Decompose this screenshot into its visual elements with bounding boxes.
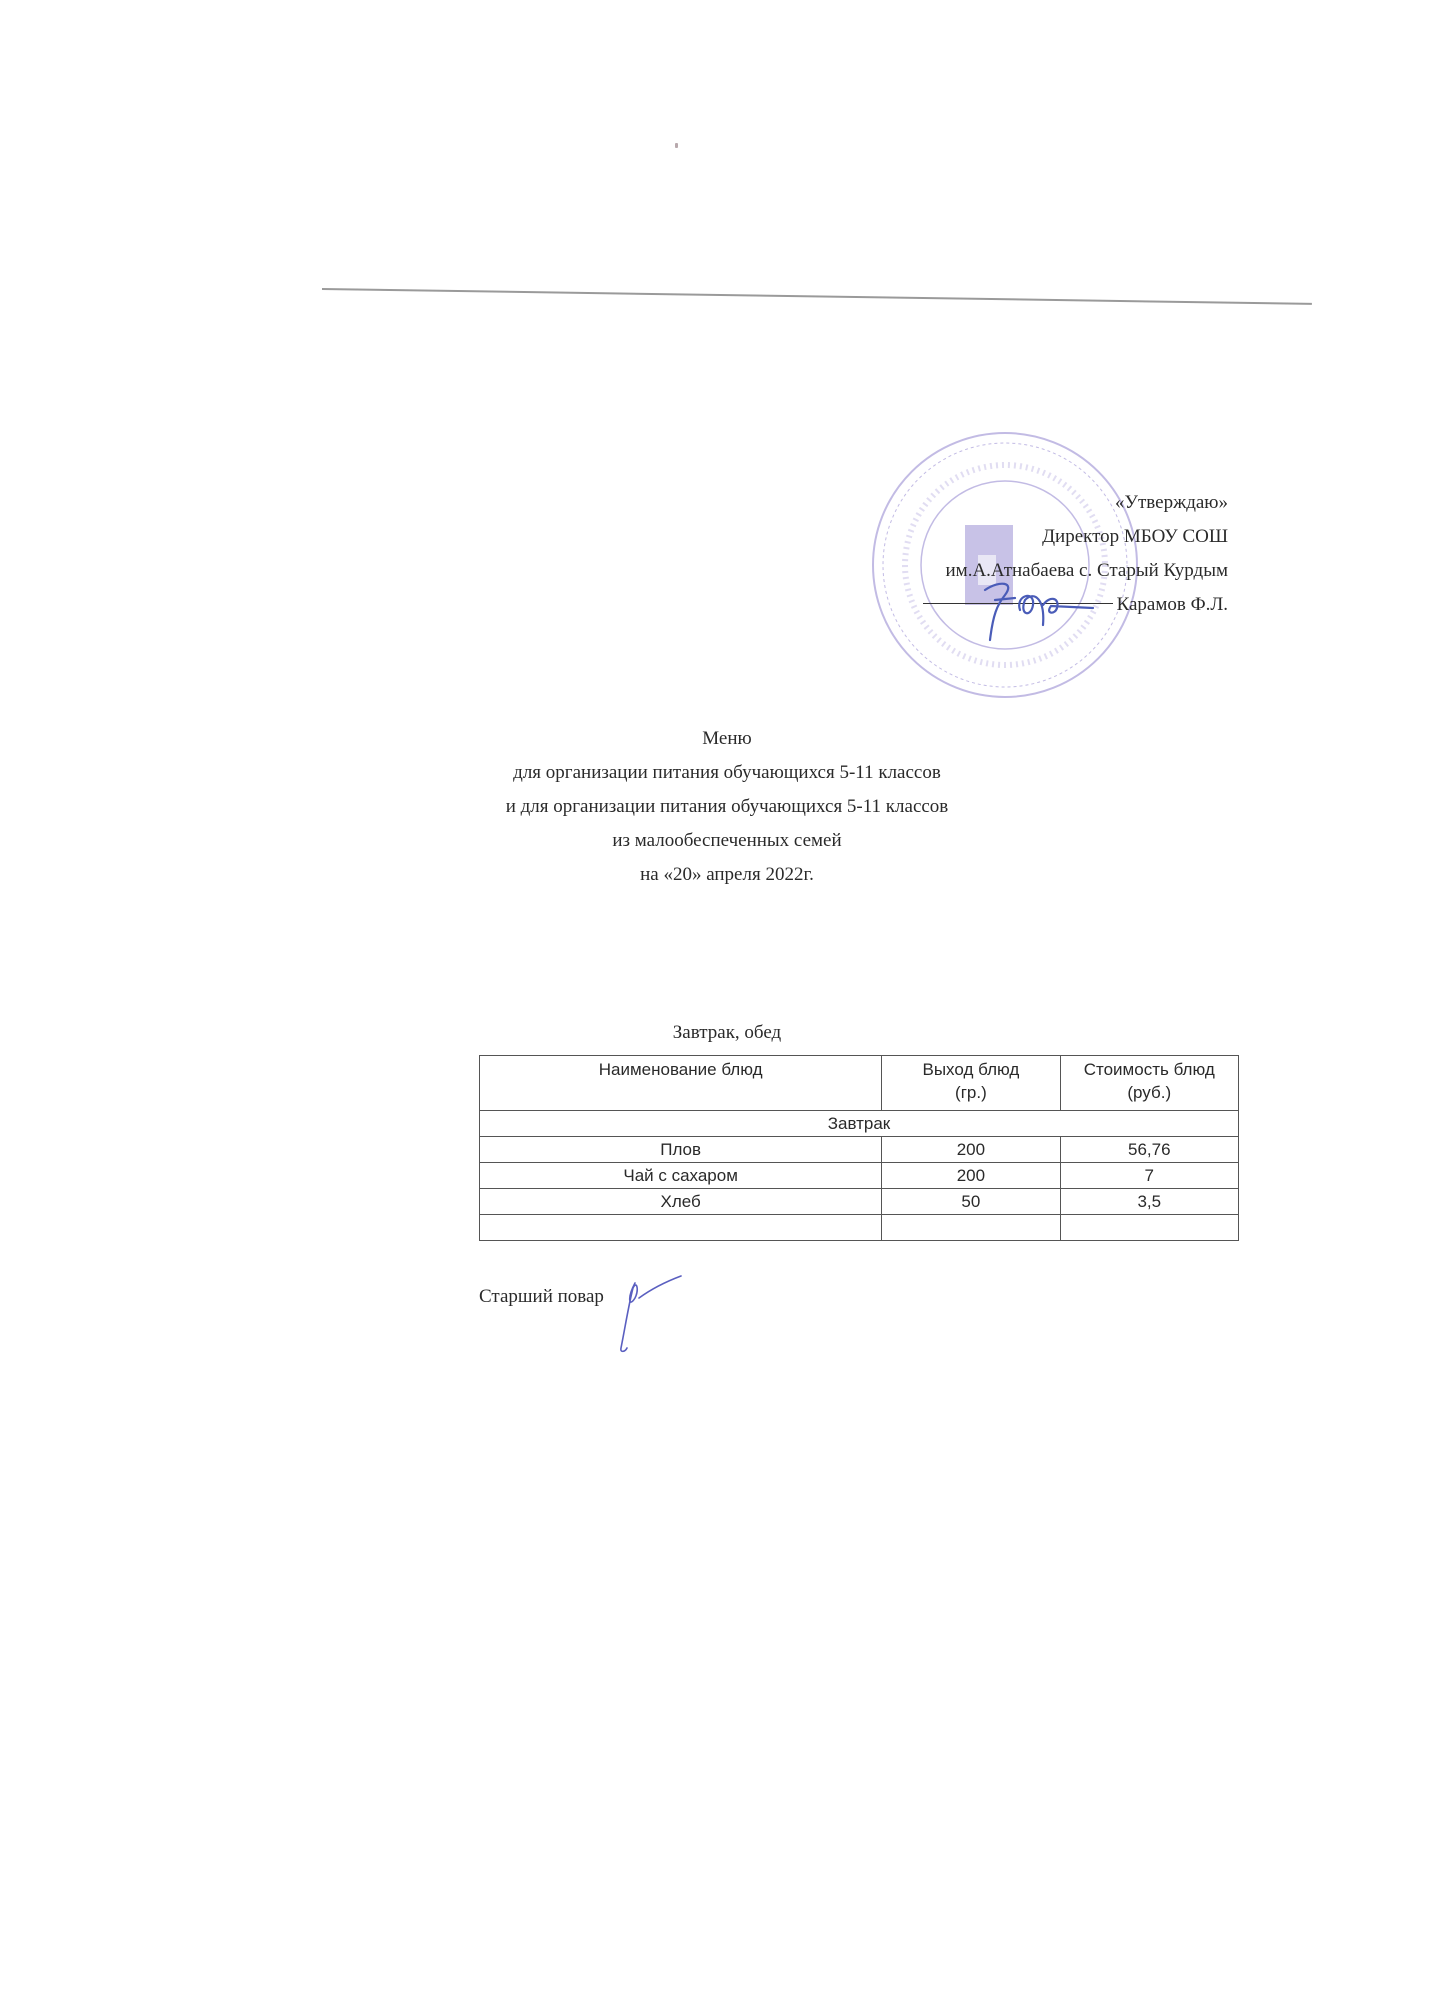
scan-speck [675,143,678,148]
table-row-empty [480,1215,1239,1241]
dish-name: Хлеб [480,1189,882,1215]
title-line: для организации питания обучающихся 5-11… [0,756,1454,790]
meal-group-label: Завтрак [480,1111,1239,1137]
menu-table: Наименование блюд Выход блюд(гр.) Стоимо… [479,1055,1239,1241]
approval-position: Директор МБОУ СОШ [808,520,1228,554]
column-header-portion: Выход блюд(гр.) [882,1056,1060,1111]
document-title: Меню для организации питания обучающихся… [0,722,1454,892]
table-row: Хлеб 50 3,5 [480,1189,1239,1215]
director-signature-icon [975,570,1095,650]
dish-cost: 7 [1060,1163,1238,1189]
horizontal-rule [322,288,1312,305]
section-caption: Завтрак, обед [0,1022,1454,1044]
table-group-row: Завтрак [480,1111,1239,1137]
approval-heading: «Утверждаю» [808,486,1228,520]
dish-cost [1060,1215,1238,1241]
dish-portion [882,1215,1060,1241]
dish-cost: 56,76 [1060,1137,1238,1163]
dish-name: Плов [480,1137,882,1163]
title-line: Меню [0,722,1454,756]
dish-portion: 50 [882,1189,1060,1215]
table-row: Плов 200 56,76 [480,1137,1239,1163]
dish-name [480,1215,882,1241]
title-line: из малообеспеченных семей [0,824,1454,858]
column-header-dish: Наименование блюд [480,1056,882,1111]
table-header-row: Наименование блюд Выход блюд(гр.) Стоимо… [480,1056,1239,1111]
column-header-cost: Стоимость блюд(руб.) [1060,1056,1238,1111]
dish-portion: 200 [882,1163,1060,1189]
title-line: и для организации питания обучающихся 5-… [0,790,1454,824]
dish-name: Чай с сахаром [480,1163,882,1189]
dish-cost: 3,5 [1060,1189,1238,1215]
table-row: Чай с сахаром 200 7 [480,1163,1239,1189]
title-date: на «20» апреля 2022г. [0,858,1454,892]
cook-signature-icon [615,1268,685,1358]
cook-label: Старший повар [479,1286,604,1308]
approval-signatory: Карамов Ф.Л. [1117,594,1228,615]
dish-portion: 200 [882,1137,1060,1163]
